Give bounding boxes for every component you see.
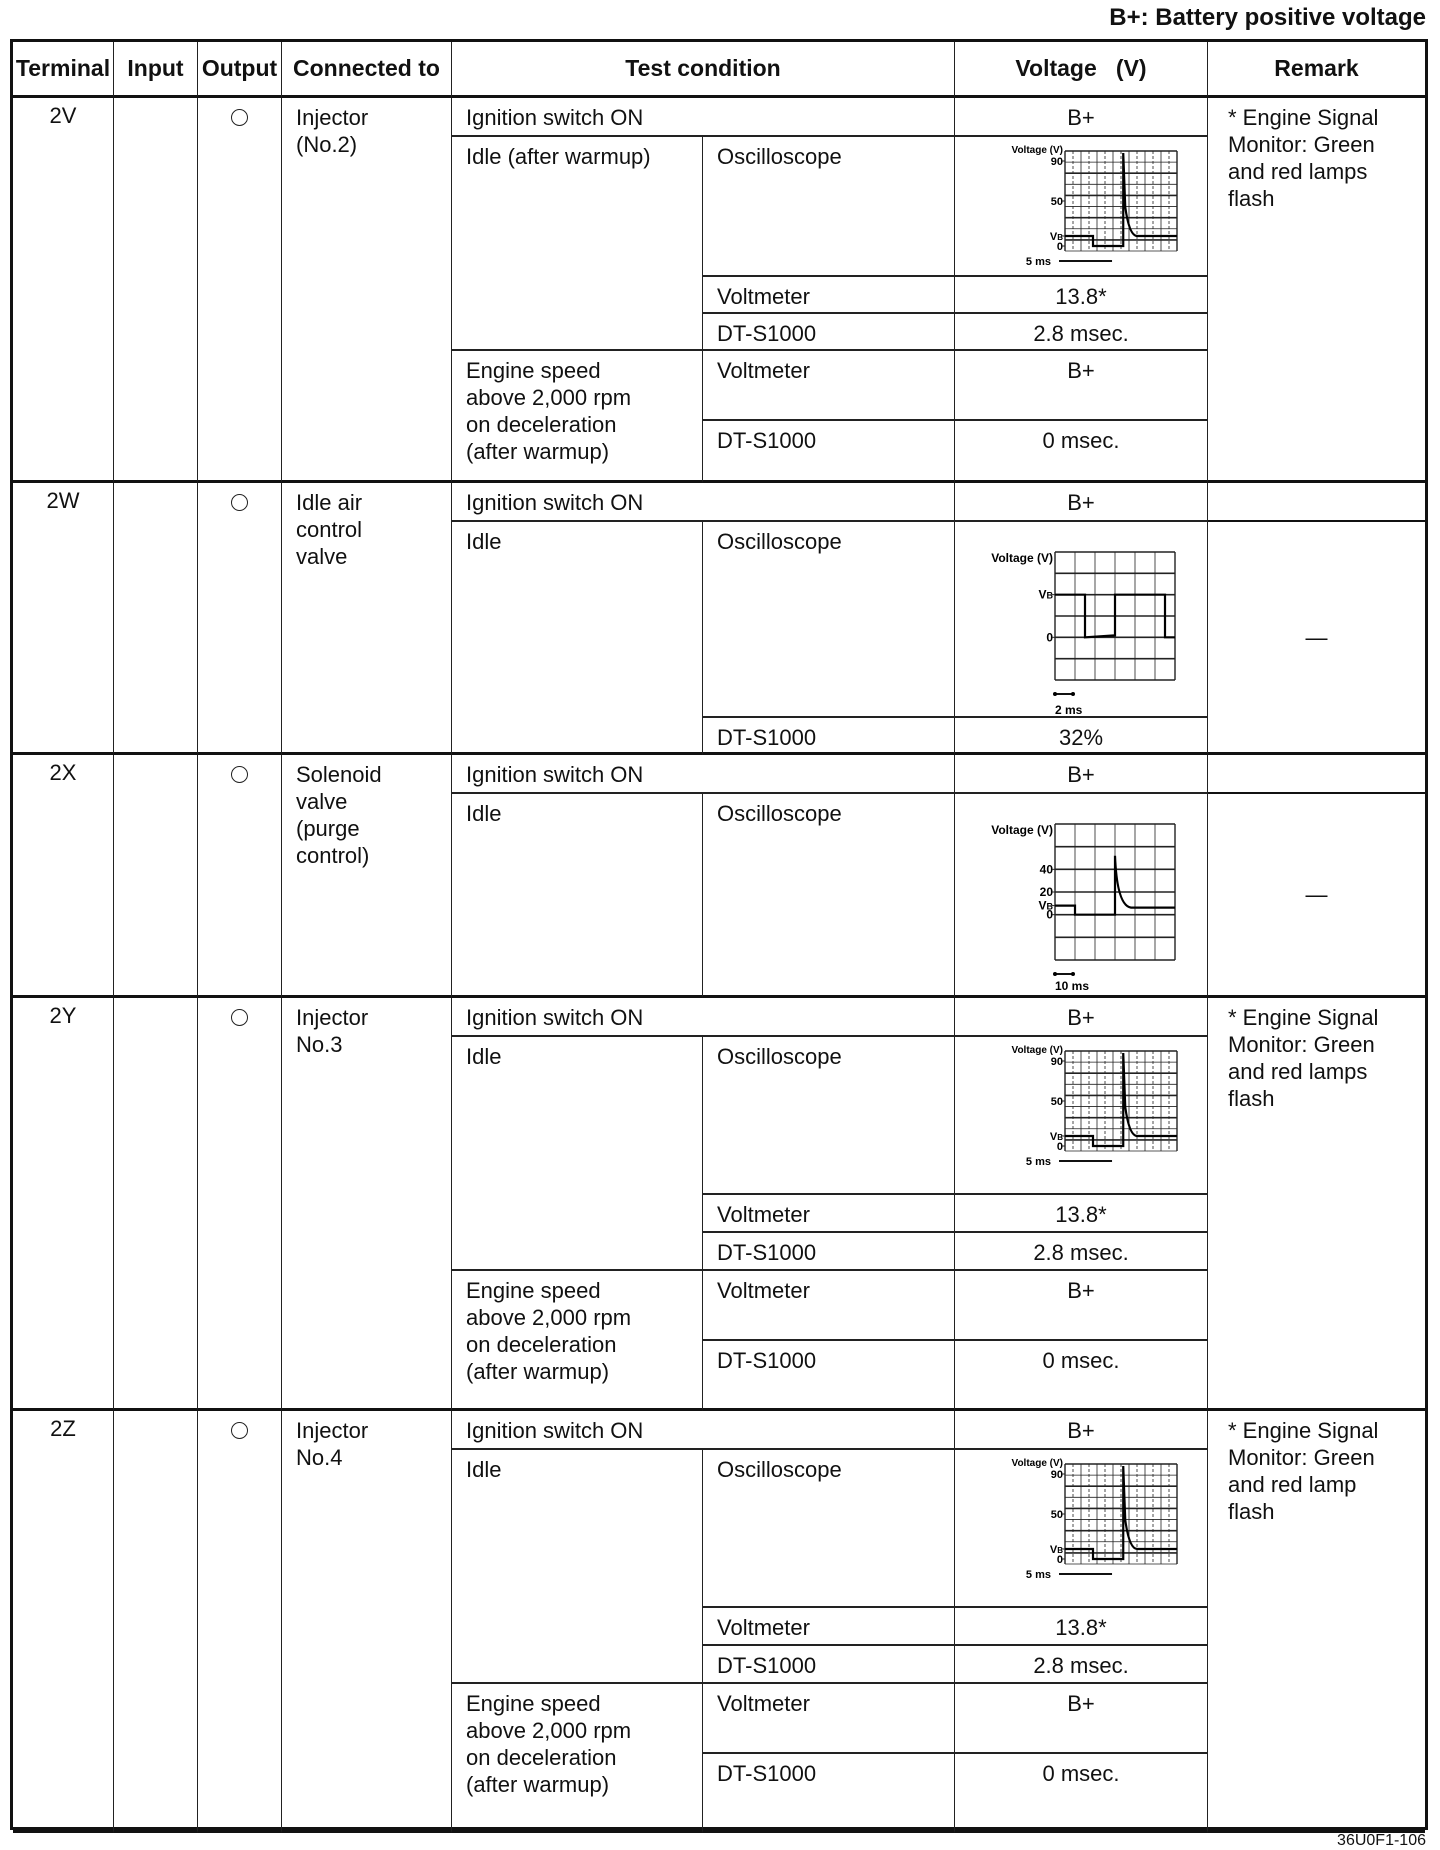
terminal-cell: 2W: [13, 483, 114, 755]
idle-condition: Idle: [452, 522, 703, 755]
oscilloscope-waveform: Voltage (V)9050VB05 ms: [955, 137, 1206, 277]
remark-cell: [1208, 755, 1425, 794]
remark-cell: * Engine Signal Monitor: Green and red l…: [1208, 98, 1425, 483]
svg-text:Voltage (V): Voltage (V): [991, 551, 1053, 565]
decel-voltmeter-label: Voltmeter: [703, 1684, 955, 1754]
decel-dt-s1000-label: DT-S1000: [703, 421, 955, 483]
idle-dt-s1000-label: DT-S1000: [703, 314, 955, 351]
connected-to-cell: Solenoid valve (purge control): [282, 755, 452, 998]
oscilloscope-waveform-cell: Voltage (V)9050VB05 ms: [955, 1450, 1208, 1608]
output-circle-icon: [231, 109, 248, 126]
input-cell: [114, 98, 198, 483]
svg-text:0: 0: [1057, 1554, 1063, 1566]
svg-text:90: 90: [1051, 156, 1063, 168]
remark-cell: * Engine Signal Monitor: Green and red l…: [1208, 998, 1425, 1411]
decel-dt-s1000-label: DT-S1000: [703, 1754, 955, 1833]
header-connected-to: Connected to: [282, 42, 452, 98]
ignition-voltage: B+: [955, 483, 1208, 522]
output-cell: [198, 1411, 282, 1833]
idle-voltmeter-value: 13.8*: [955, 277, 1208, 314]
oscilloscope-label: Oscilloscope: [703, 794, 955, 998]
decel-dt-s1000-label: DT-S1000: [703, 1341, 955, 1411]
svg-text:VB: VB: [1038, 588, 1053, 602]
idle-dt-s1000-value: 2.8 msec.: [955, 314, 1208, 351]
input-cell: [114, 483, 198, 755]
output-cell: [198, 755, 282, 998]
oscilloscope-label: Oscilloscope: [703, 1450, 955, 1608]
decel-voltmeter-value: B+: [955, 351, 1208, 421]
terminal-cell: 2Z: [13, 1411, 114, 1833]
svg-text:90: 90: [1051, 1469, 1063, 1481]
decel-dt-s1000-value: 0 msec.: [955, 1341, 1208, 1411]
oscilloscope-waveform: Voltage (V)4020VB010 ms: [955, 794, 1206, 998]
output-cell: [198, 998, 282, 1411]
idle-condition: Idle: [452, 1450, 703, 1684]
idle-voltmeter-label: Voltmeter: [703, 1195, 955, 1233]
idle-dt-s1000-label: DT-S1000: [703, 718, 955, 755]
deceleration-condition: Engine speed above 2,000 rpm on decelera…: [452, 1271, 703, 1411]
deceleration-condition: Engine speed above 2,000 rpm on decelera…: [452, 351, 703, 483]
ignition-voltage: B+: [955, 98, 1208, 137]
svg-text:Voltage (V): Voltage (V): [1012, 1045, 1063, 1056]
oscilloscope-waveform-cell: Voltage (V)9050VB05 ms: [955, 1037, 1208, 1195]
ignition-voltage: B+: [955, 998, 1208, 1037]
svg-text:50: 50: [1051, 1509, 1063, 1521]
remark-cell: * Engine Signal Monitor: Green and red l…: [1208, 1411, 1425, 1833]
svg-text:0: 0: [1057, 241, 1063, 253]
svg-text:0: 0: [1057, 1141, 1063, 1153]
connected-to-cell: Injector No.4: [282, 1411, 452, 1833]
header-output: Output: [198, 42, 282, 98]
input-cell: [114, 998, 198, 1411]
idle-dt-s1000-label: DT-S1000: [703, 1233, 955, 1271]
svg-text:Voltage (V): Voltage (V): [1012, 145, 1063, 156]
decel-voltmeter-label: Voltmeter: [703, 1271, 955, 1341]
oscilloscope-label: Oscilloscope: [703, 522, 955, 718]
ignition-condition: Ignition switch ON: [452, 998, 955, 1037]
output-cell: [198, 483, 282, 755]
terminal-cell: 2X: [13, 755, 114, 998]
ignition-condition: Ignition switch ON: [452, 1411, 955, 1450]
connected-to-cell: Injector No.3: [282, 998, 452, 1411]
idle-voltmeter-value: 13.8*: [955, 1608, 1208, 1646]
idle-voltmeter-value: 13.8*: [955, 1195, 1208, 1233]
ignition-condition: Ignition switch ON: [452, 755, 955, 794]
svg-text:50: 50: [1051, 196, 1063, 208]
header-input: Input: [114, 42, 198, 98]
idle-dt-s1000-label: DT-S1000: [703, 1646, 955, 1684]
remark-cell: [1208, 483, 1425, 522]
svg-text:20: 20: [1040, 885, 1054, 899]
oscilloscope-label: Oscilloscope: [703, 1037, 955, 1195]
svg-text:40: 40: [1040, 862, 1054, 876]
terminal-voltage-table: Terminal Input Output Connected to Test …: [10, 39, 1428, 1830]
decel-dt-s1000-value: 0 msec.: [955, 421, 1208, 483]
header-terminal: Terminal: [13, 42, 114, 98]
output-circle-icon: [231, 494, 248, 511]
output-cell: [198, 98, 282, 483]
idle-condition: Idle: [452, 794, 703, 998]
input-cell: [114, 755, 198, 998]
output-circle-icon: [231, 1009, 248, 1026]
decel-voltmeter-value: B+: [955, 1684, 1208, 1754]
terminal-cell: 2Y: [13, 998, 114, 1411]
output-circle-icon: [231, 766, 248, 783]
svg-text:5 ms: 5 ms: [1026, 1156, 1051, 1168]
oscilloscope-waveform: Voltage (V)9050VB05 ms: [955, 1037, 1206, 1195]
decel-voltmeter-value: B+: [955, 1271, 1208, 1341]
idle-dt-s1000-value: 32%: [955, 718, 1208, 755]
idle-dt-s1000-value: 2.8 msec.: [955, 1646, 1208, 1684]
idle-dt-s1000-value: 2.8 msec.: [955, 1233, 1208, 1271]
ignition-voltage: B+: [955, 755, 1208, 794]
connected-to-cell: Injector (No.2): [282, 98, 452, 483]
svg-text:Voltage (V): Voltage (V): [991, 823, 1053, 837]
output-circle-icon: [231, 1422, 248, 1439]
oscilloscope-waveform-cell: Voltage (V)9050VB05 ms: [955, 137, 1208, 277]
idle-condition: Idle: [452, 1037, 703, 1271]
ignition-voltage: B+: [955, 1411, 1208, 1450]
oscilloscope-waveform-cell: Voltage (V)4020VB010 ms: [955, 794, 1208, 998]
svg-text:5 ms: 5 ms: [1026, 1569, 1051, 1581]
oscilloscope-label: Oscilloscope: [703, 137, 955, 277]
legend-battery-voltage: B+: Battery positive voltage: [1109, 4, 1426, 32]
idle-condition: Idle (after warmup): [452, 137, 703, 351]
svg-text:5 ms: 5 ms: [1026, 256, 1051, 268]
deceleration-condition: Engine speed above 2,000 rpm on decelera…: [452, 1684, 703, 1833]
svg-text:50: 50: [1051, 1096, 1063, 1108]
connected-to-cell: Idle air control valve: [282, 483, 452, 755]
header-voltage: Voltage (V): [955, 42, 1208, 98]
idle-voltmeter-label: Voltmeter: [703, 1608, 955, 1646]
oscilloscope-waveform: Voltage (V)9050VB05 ms: [955, 1450, 1206, 1608]
ignition-condition: Ignition switch ON: [452, 98, 955, 137]
oscilloscope-waveform-cell: Voltage (V)VB02 ms: [955, 522, 1208, 718]
ignition-condition: Ignition switch ON: [452, 483, 955, 522]
svg-text:Voltage (V): Voltage (V): [1012, 1458, 1063, 1469]
svg-text:10 ms: 10 ms: [1055, 979, 1089, 993]
decel-dt-s1000-value: 0 msec.: [955, 1754, 1208, 1833]
svg-text:90: 90: [1051, 1056, 1063, 1068]
remark-cell: —: [1208, 522, 1425, 755]
idle-voltmeter-label: Voltmeter: [703, 277, 955, 314]
oscilloscope-waveform: Voltage (V)VB02 ms: [955, 522, 1206, 718]
header-test-condition: Test condition: [452, 42, 955, 98]
svg-text:2 ms: 2 ms: [1055, 703, 1083, 717]
terminal-cell: 2V: [13, 98, 114, 483]
decel-voltmeter-label: Voltmeter: [703, 351, 955, 421]
input-cell: [114, 1411, 198, 1833]
document-id: 36U0F1-106: [1337, 1832, 1426, 1850]
remark-cell: —: [1208, 794, 1425, 998]
header-remark: Remark: [1208, 42, 1425, 98]
